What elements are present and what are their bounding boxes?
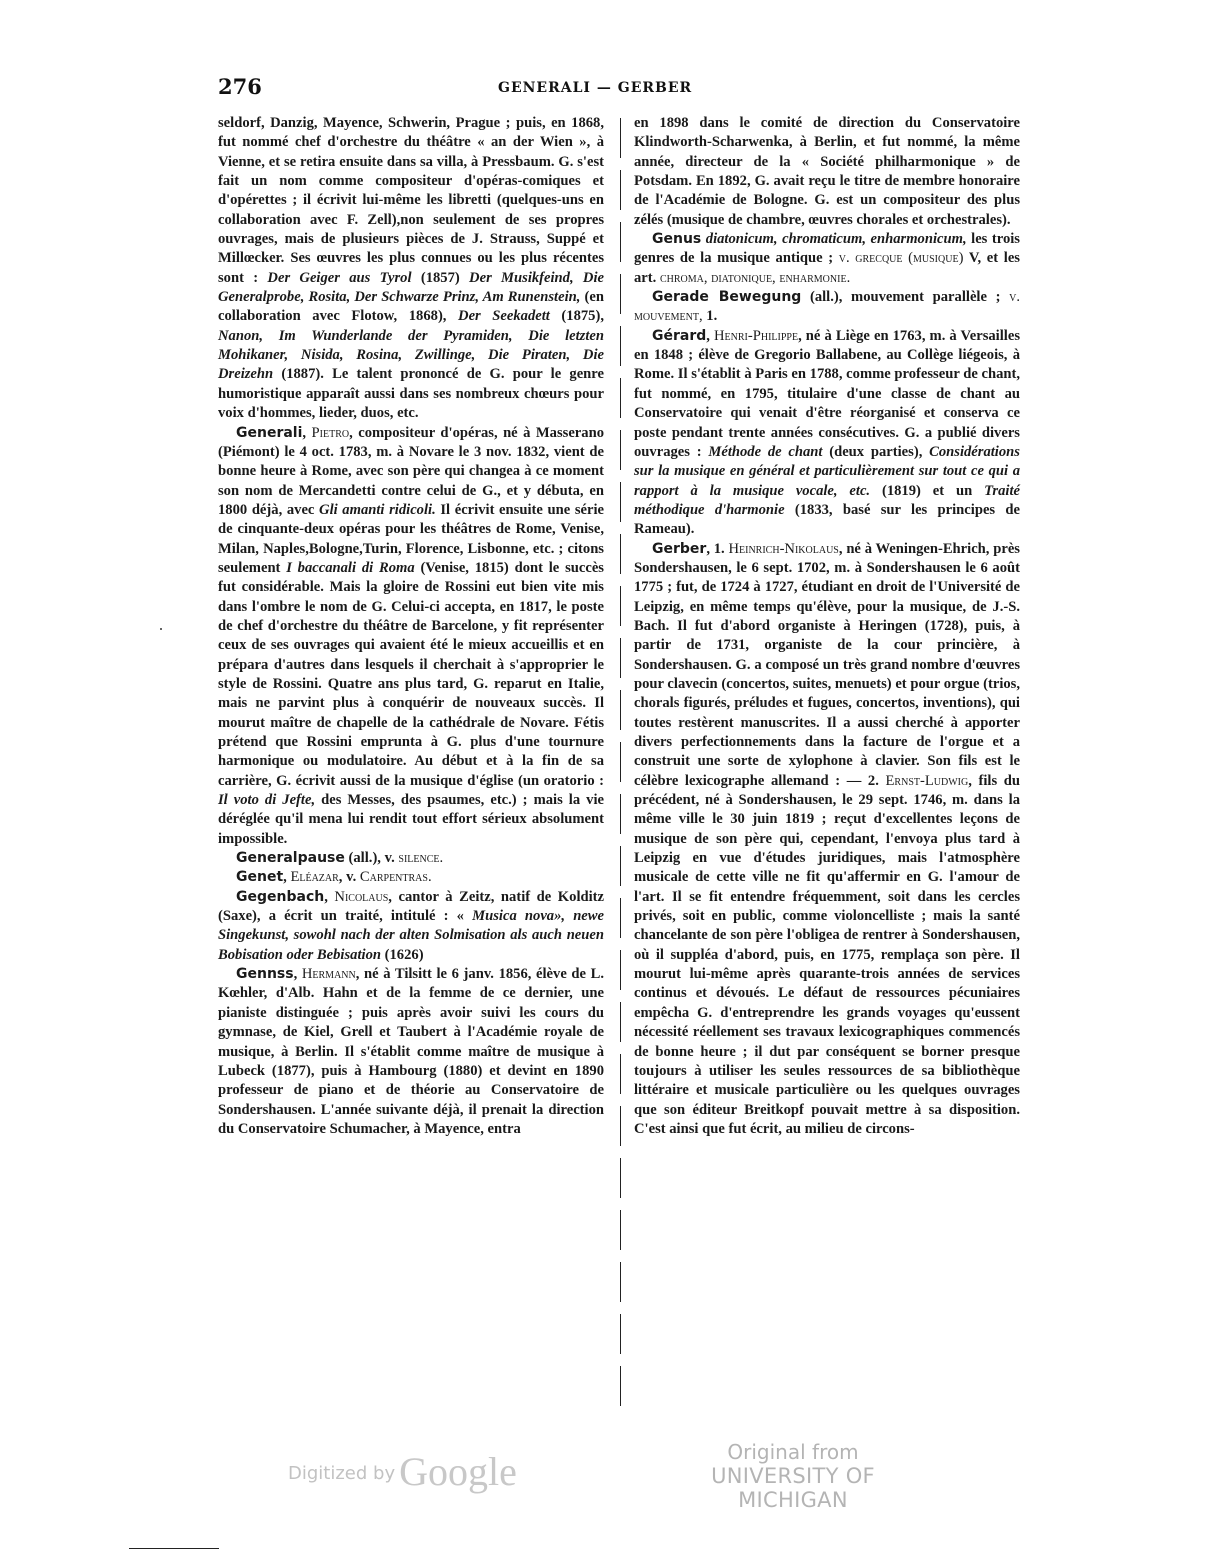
entry-gerade-bewegung: Gerade Bewegung (all.), mouvement parall… bbox=[634, 288, 1020, 327]
right-column: en 1898 dans le comité de direction du C… bbox=[634, 114, 1020, 1139]
left-column: seldorf, Danzig, Mayence, Schwerin, Prag… bbox=[218, 114, 604, 1139]
headword: Gegenbach bbox=[236, 889, 324, 905]
page-header: 276 GENERALI — GERBER bbox=[218, 74, 1018, 102]
scan-speck bbox=[160, 628, 162, 630]
headword: Gérard bbox=[652, 328, 706, 344]
entry-gegenbach: Gegenbach, Nicolaus, cantor à Zeitz, nat… bbox=[218, 888, 604, 965]
page-number: 276 bbox=[218, 74, 262, 99]
entry-generalpause: Generalpause (all.), v. silence. bbox=[218, 849, 604, 868]
google-logo: Google bbox=[399, 1449, 517, 1494]
running-head: GENERALI — GERBER bbox=[498, 80, 692, 96]
headword: Genet bbox=[236, 869, 283, 885]
headword: Generali bbox=[236, 425, 302, 441]
entry-genet: Genet, Eléazar, v. Carpentras. bbox=[218, 868, 604, 887]
headword: Gerade Bewegung bbox=[652, 289, 801, 305]
headword: Generalpause bbox=[236, 850, 345, 866]
continuation-paragraph: en 1898 dans le comité de direction du C… bbox=[634, 114, 1020, 230]
scan-edge-rule bbox=[129, 1548, 219, 1549]
entry-genus: Genus diatonicum, chromaticum, enharmoni… bbox=[634, 230, 1020, 288]
headword: Gerber bbox=[652, 541, 706, 557]
scan-speck bbox=[570, 1056, 572, 1058]
institution-name: UNIVERSITY OF MICHIGAN bbox=[668, 1464, 918, 1512]
original-from-mark: Original from UNIVERSITY OF MICHIGAN bbox=[668, 1440, 918, 1512]
headword: Genus bbox=[652, 231, 701, 247]
headword: Gennss bbox=[236, 966, 294, 982]
digitized-by-google-mark: Digitized byGoogle bbox=[288, 1448, 517, 1495]
entry-gennss: Gennss, Hermann, né à Tilsitt le 6 janv.… bbox=[218, 965, 604, 1139]
entry-generali: Generali, Pietro, compositeur d'opéras, … bbox=[218, 424, 604, 850]
entry-gerard: Gérard, Henri-Philippe, né à Liège en 17… bbox=[634, 327, 1020, 540]
scanned-page: 276 GENERALI — GERBER seldorf, Danzig, M… bbox=[0, 0, 1207, 1562]
scan-watermark: Digitized byGoogle Original from UNIVERS… bbox=[0, 1440, 1207, 1500]
continuation-paragraph: seldorf, Danzig, Mayence, Schwerin, Prag… bbox=[218, 114, 604, 424]
column-divider bbox=[620, 118, 621, 1418]
entry-gerber: Gerber, 1. Heinrich-Nikolaus, né à Wenin… bbox=[634, 540, 1020, 1140]
